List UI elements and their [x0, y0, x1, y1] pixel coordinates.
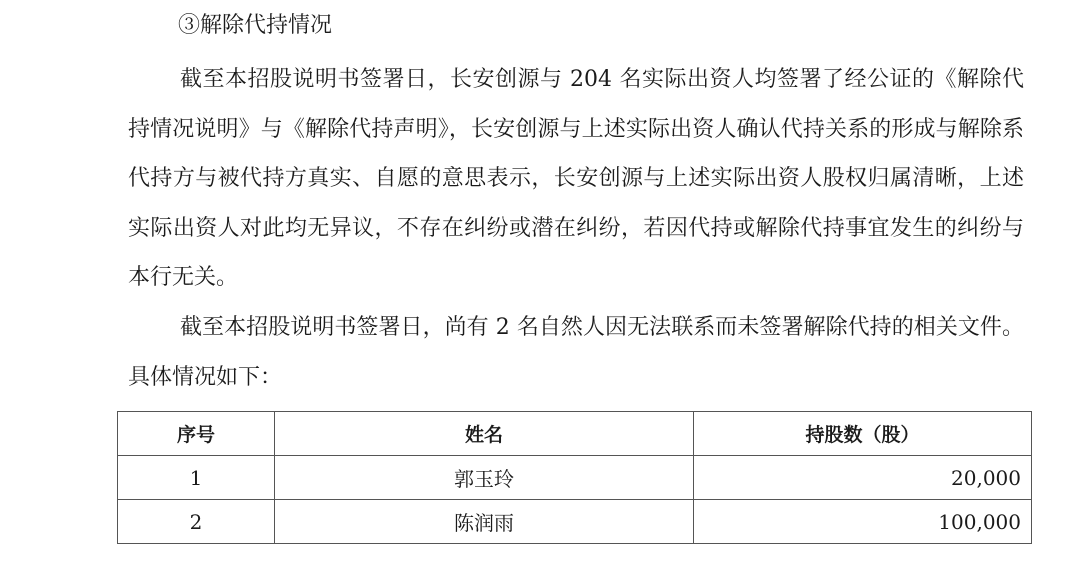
paragraph-2: 截至本招股说明书签署日，尚有 2 名自然人因无法联系而未签署解除代持的相关文件。… — [128, 303, 1024, 402]
table-row: 1 郭玉玲 20,000 — [118, 456, 1032, 500]
cell-name: 郭玉玲 — [275, 456, 694, 500]
header-name: 姓名 — [275, 412, 694, 456]
holders-table: 序号 姓名 持股数（股） 1 郭玉玲 20,000 2 陈润雨 100,000 — [117, 411, 1032, 544]
header-index: 序号 — [118, 412, 275, 456]
cell-shares: 20,000 — [694, 456, 1032, 500]
cell-name: 陈润雨 — [275, 500, 694, 544]
table-row: 2 陈润雨 100,000 — [118, 500, 1032, 544]
table-header-row: 序号 姓名 持股数（股） — [118, 412, 1032, 456]
paragraph-1: 截至本招股说明书签署日，长安创源与 204 名实际出资人均签署了经公证的《解除代… — [128, 55, 1024, 303]
section-heading: ③解除代持情况 — [178, 8, 332, 44]
header-shares: 持股数（股） — [694, 412, 1032, 456]
cell-index: 2 — [118, 500, 275, 544]
cell-index: 1 — [118, 456, 275, 500]
cell-shares: 100,000 — [694, 500, 1032, 544]
